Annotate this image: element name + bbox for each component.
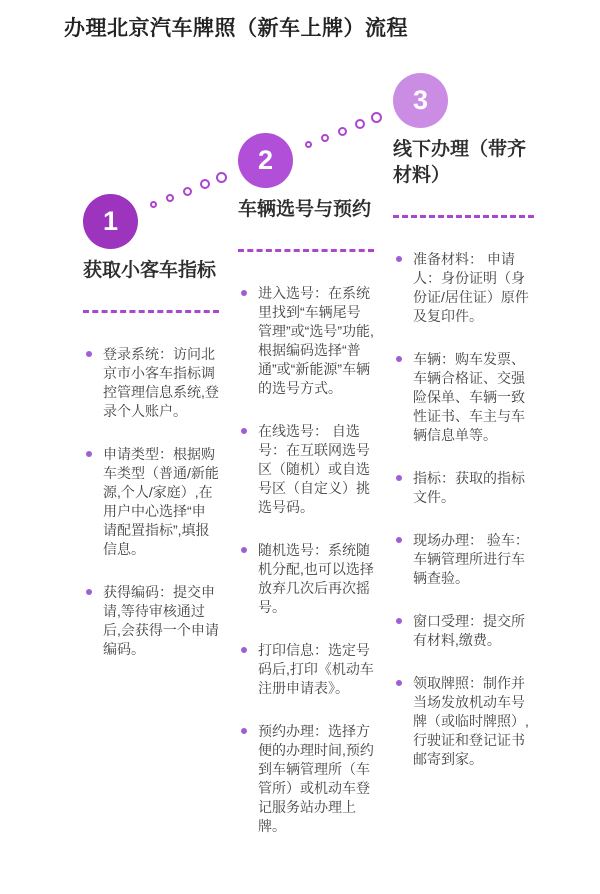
list-item: 准备材料： 申请人：身份证明（身份证/居住证）原件及复印件。: [393, 250, 534, 326]
bullet-icon: [241, 428, 247, 434]
bullet-icon: [396, 537, 402, 543]
connector-dot-icon: [150, 201, 157, 208]
list-item-text: 指标：获取的指标文件。: [413, 469, 534, 507]
bullet-icon: [86, 351, 92, 357]
bullet-icon: [241, 290, 247, 296]
step-1-item-list: 登录系统：访问北京市小客车指标调控管理信息系统,登录个人账户。申请类型：根据购车…: [83, 345, 219, 659]
list-item: 现场办理： 验车：车辆管理所进行车辆查验。: [393, 531, 534, 588]
bullet-icon: [241, 728, 247, 734]
bullet-icon: [396, 618, 402, 624]
step-column-2: 2 车辆选号与预约 进入选号：在系统里找到“车辆尾号管理”或“选号”功能,根据编…: [238, 133, 374, 836]
list-item: 随机选号：系统随机分配,也可以选择放弃几次后再次摇号。: [238, 541, 374, 617]
bullet-icon: [396, 475, 402, 481]
step-2-number-badge: 2: [238, 133, 293, 188]
step-2-title: 车辆选号与预约: [238, 197, 374, 223]
bullet-icon: [241, 547, 247, 553]
connector-dot-icon: [216, 172, 227, 183]
bullet-icon: [86, 451, 92, 457]
list-item-text: 打印信息：选定号码后,打印《机动车注册申请表》。: [258, 641, 374, 698]
list-item: 领取牌照：制作并当场发放机动车号牌（或临时牌照）,行驶证和登记证书邮寄到家。: [393, 674, 534, 769]
list-item: 获得编码：提交申请,等待审核通过后,会获得一个申请编码。: [83, 583, 219, 659]
list-item: 指标：获取的指标文件。: [393, 469, 534, 507]
list-item-text: 登录系统：访问北京市小客车指标调控管理信息系统,登录个人账户。: [103, 345, 219, 421]
bullet-icon: [396, 256, 402, 262]
step-3-divider: [393, 215, 534, 218]
list-item: 登录系统：访问北京市小客车指标调控管理信息系统,登录个人账户。: [83, 345, 219, 421]
infographic-canvas: 办理北京汽车牌照（新车上牌）流程 1 获取小客车指标 登录系统：访问北京市小客车…: [0, 0, 600, 894]
bullet-icon: [241, 647, 247, 653]
connector-dot-icon: [305, 141, 312, 148]
list-item-text: 窗口受理：提交所有材料,缴费。: [413, 612, 534, 650]
list-item-text: 申请类型：根据购车类型（普通/新能源,个人/家庭）,在用户中心选择“申请配置指标…: [103, 445, 219, 559]
list-item-text: 随机选号：系统随机分配,也可以选择放弃几次后再次摇号。: [258, 541, 374, 617]
step-2-item-list: 进入选号：在系统里找到“车辆尾号管理”或“选号”功能,根据编码选择“普通”或“新…: [238, 284, 374, 836]
list-item-text: 准备材料： 申请人：身份证明（身份证/居住证）原件及复印件。: [413, 250, 534, 326]
connector-dot-icon: [183, 187, 192, 196]
connector-dot-icon: [200, 179, 210, 189]
bullet-icon: [86, 589, 92, 595]
list-item: 申请类型：根据购车类型（普通/新能源,个人/家庭）,在用户中心选择“申请配置指标…: [83, 445, 219, 559]
list-item-text: 获得编码：提交申请,等待审核通过后,会获得一个申请编码。: [103, 583, 219, 659]
list-item: 车辆：购车发票、车辆合格证、交强险保单、车辆一致性证书、车主与车辆信息单等。: [393, 350, 534, 445]
step-1-title: 获取小客车指标: [83, 258, 219, 284]
list-item: 窗口受理：提交所有材料,缴费。: [393, 612, 534, 650]
step-3-title: 线下办理（带齐材料）: [393, 137, 534, 189]
step-column-3: 3 线下办理（带齐材料） 准备材料： 申请人：身份证明（身份证/居住证）原件及复…: [393, 73, 534, 769]
step-1-divider: [83, 310, 219, 313]
connector-dot-icon: [371, 112, 382, 123]
step-3-item-list: 准备材料： 申请人：身份证明（身份证/居住证）原件及复印件。车辆：购车发票、车辆…: [393, 250, 534, 769]
step-2-divider: [238, 249, 374, 252]
step-column-1: 1 获取小客车指标 登录系统：访问北京市小客车指标调控管理信息系统,登录个人账户…: [83, 194, 219, 659]
list-item: 预约办理：选择方便的办理时间,预约到车辆管理所（车管所）或机动车登记服务站办理上…: [238, 722, 374, 836]
list-item-text: 进入选号：在系统里找到“车辆尾号管理”或“选号”功能,根据编码选择“普通”或“新…: [258, 284, 374, 398]
list-item-text: 领取牌照：制作并当场发放机动车号牌（或临时牌照）,行驶证和登记证书邮寄到家。: [413, 674, 534, 769]
connector-dot-icon: [338, 127, 347, 136]
list-item-text: 车辆：购车发票、车辆合格证、交强险保单、车辆一致性证书、车主与车辆信息单等。: [413, 350, 534, 445]
page-title: 办理北京汽车牌照（新车上牌）流程: [64, 12, 408, 42]
bullet-icon: [396, 356, 402, 362]
bullet-icon: [396, 680, 402, 686]
list-item-text: 现场办理： 验车：车辆管理所进行车辆查验。: [413, 531, 534, 588]
list-item: 进入选号：在系统里找到“车辆尾号管理”或“选号”功能,根据编码选择“普通”或“新…: [238, 284, 374, 398]
step-1-number-badge: 1: [83, 194, 138, 249]
step-3-number-badge: 3: [393, 73, 448, 128]
list-item: 打印信息：选定号码后,打印《机动车注册申请表》。: [238, 641, 374, 698]
connector-dot-icon: [355, 119, 365, 129]
list-item-text: 预约办理：选择方便的办理时间,预约到车辆管理所（车管所）或机动车登记服务站办理上…: [258, 722, 374, 836]
list-item: 在线选号： 自选号：在互联网选号区（随机）或自选号区（自定义）挑选号码。: [238, 422, 374, 517]
list-item-text: 在线选号： 自选号：在互联网选号区（随机）或自选号区（自定义）挑选号码。: [258, 422, 374, 517]
